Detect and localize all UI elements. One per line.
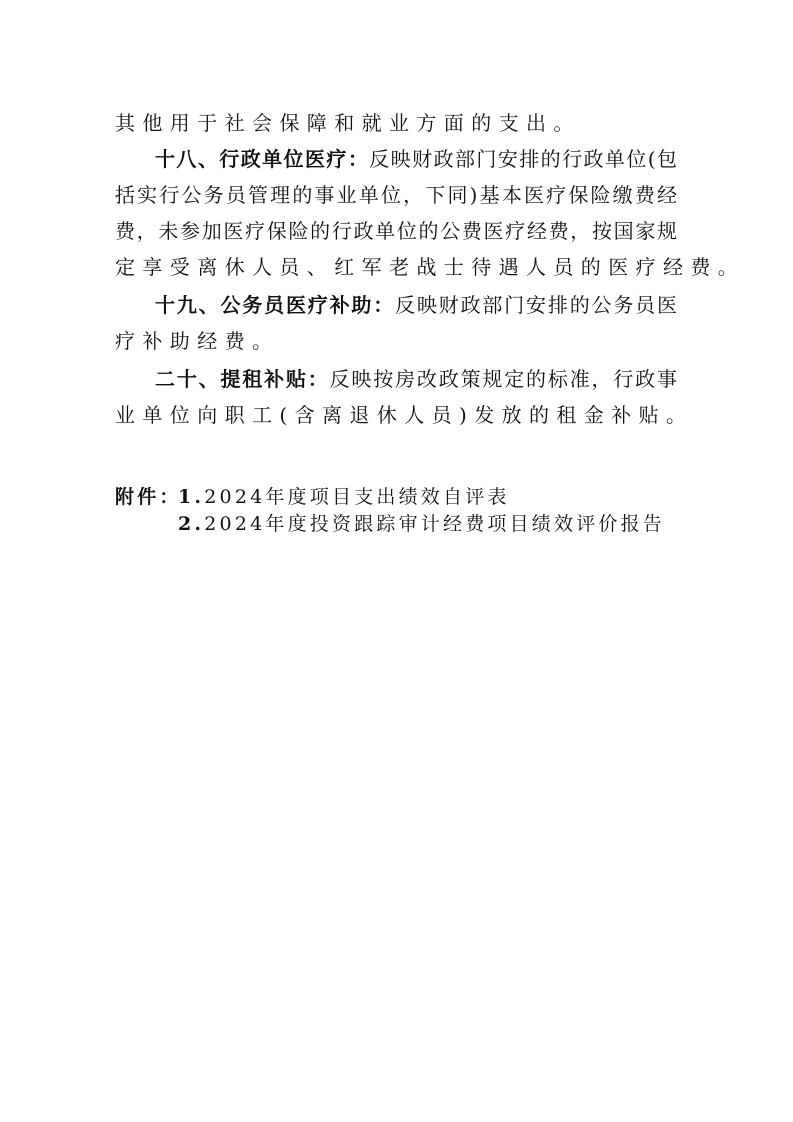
paragraph-item-19-line-1: 十九、公务员医疗补助：反映财政部门安排的公务员医 — [155, 293, 677, 317]
paragraph-item-19-line-2: 疗补助经费。 — [115, 329, 677, 353]
body-text: 反映财政部门安排的公务员医 — [395, 293, 677, 317]
paragraph-item-20-line-1: 二十、提租补贴：反映按房改政策规定的标准，行政事 — [155, 367, 677, 391]
body-text: 定享受离休人员、红军老战士待遇人员的医疗经费。 — [115, 255, 745, 279]
paragraph-continuation: 其他用于社会保障和就业方面的支出。 — [115, 111, 677, 135]
body-text: 费，未参加医疗保险的行政单位的公费医疗经费，按国家规 — [115, 219, 677, 243]
attachment-item-2: 2.2024年度投资跟踪审计经费项目绩效评价报告 — [178, 513, 665, 535]
attachment-number: 1. — [178, 486, 204, 508]
body-text: 反映按房改政策规定的标准，行政事 — [330, 367, 677, 391]
body-text: 其他用于社会保障和就业方面的支出。 — [115, 111, 581, 135]
body-text: 括实行公务员管理的事业单位，下同)基本医疗保险缴费经 — [115, 183, 677, 207]
attachment-title: 2024年度投资跟踪审计经费项目绩效评价报告 — [204, 513, 665, 535]
item-heading: 十九、公务员医疗补助： — [155, 293, 395, 317]
paragraph-item-18-line-4: 定享受离休人员、红军老战士待遇人员的医疗经费。 — [115, 255, 677, 279]
paragraph-item-18-line-3: 费，未参加医疗保险的行政单位的公费医疗经费，按国家规 — [115, 219, 677, 243]
attachment-item-1: 1.2024年度项目支出绩效自评表 — [178, 486, 510, 508]
paragraph-item-18-line-1: 十八、行政单位医疗：反映财政部门安排的行政单位(包 — [155, 147, 677, 171]
attachment-title: 2024年度项目支出绩效自评表 — [204, 486, 509, 508]
item-heading: 二十、提租补贴： — [155, 367, 330, 391]
paragraph-item-18-line-2: 括实行公务员管理的事业单位，下同)基本医疗保险缴费经 — [115, 183, 677, 207]
attachment-number: 2. — [178, 513, 204, 535]
body-text: 疗补助经费。 — [115, 329, 279, 353]
body-text: 反映财政部门安排的行政单位(包 — [369, 147, 677, 171]
attachments-label: 附件： — [115, 486, 182, 508]
body-text: 业单位向职工(含离退休人员)发放的租金补贴。 — [115, 403, 693, 427]
paragraph-item-20-line-2: 业单位向职工(含离退休人员)发放的租金补贴。 — [115, 403, 677, 427]
document-page: 其他用于社会保障和就业方面的支出。 十八、行政单位医疗：反映财政部门安排的行政单… — [0, 0, 793, 1122]
item-heading: 十八、行政单位医疗： — [155, 147, 369, 171]
